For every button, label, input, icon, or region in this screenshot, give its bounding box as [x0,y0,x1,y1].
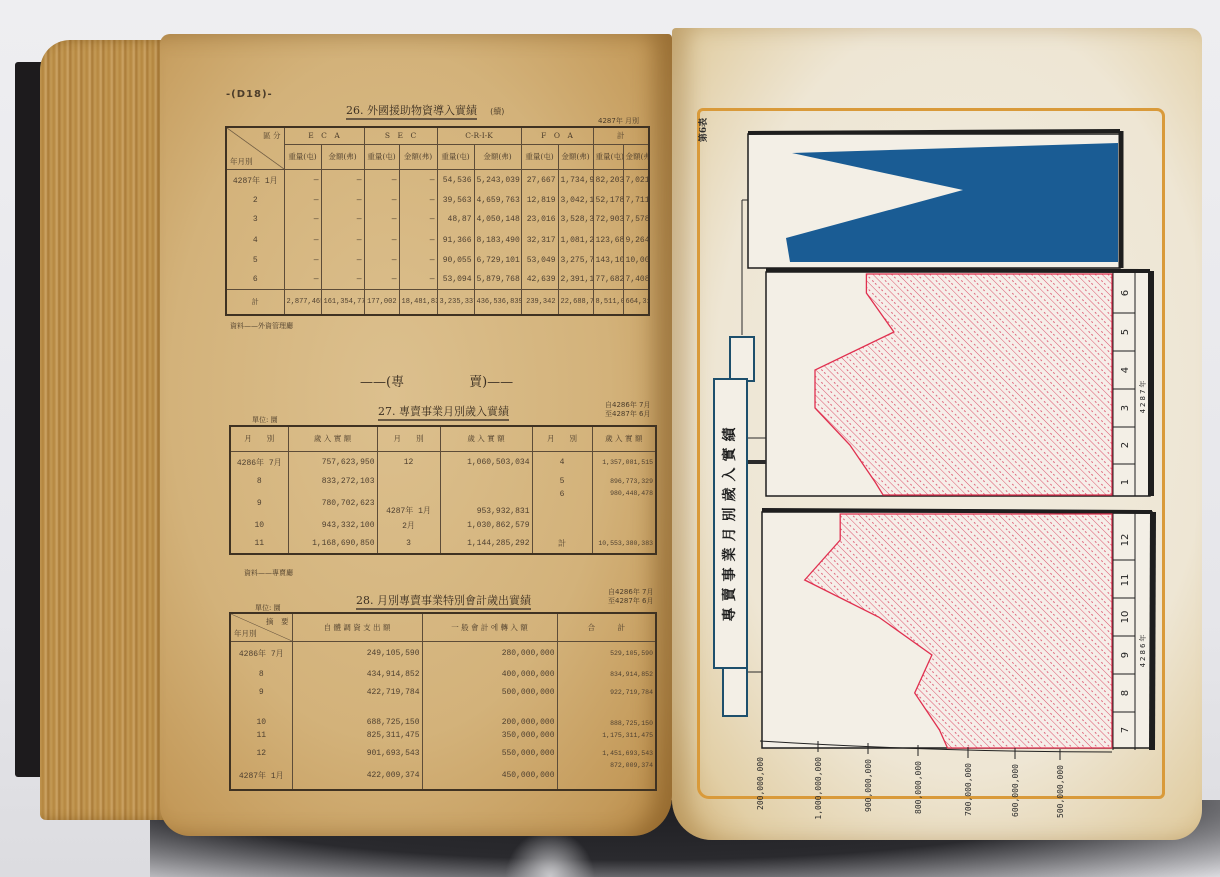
panel-4286: 7 8 9 10 11 12 4286年 [762,510,1153,750]
blue-panel [748,131,1121,268]
month-label: 6 [1120,290,1131,296]
axis-tick-label: 1,000,000,000 [814,757,823,820]
axis-tick-label: 600,000,000 [1011,764,1020,817]
month-label: 12 [1120,534,1131,547]
revenue-chart: 第6表 1 2 3 4 5 6 4287年 [0,0,1220,877]
year-label: 4287年 [1138,379,1147,414]
month-label: 10 [1120,611,1131,624]
banner-tab-bottom [722,665,748,717]
year-label: 4286年 [1138,633,1147,668]
chart-title: 專賣事業月別歲入實績 [713,376,744,667]
month-label: 5 [1120,329,1131,335]
axis-tick-label: 200,000,000 [756,757,765,810]
axis-tick-label: 800,000,000 [914,761,923,814]
panel-4287: 1 2 3 4 5 6 4287年 [766,270,1151,496]
month-label: 9 [1120,652,1131,658]
chart-table-number: 第6表 [697,118,709,142]
month-label: 7 [1120,727,1131,733]
value-axis: 200,000,000 1,000,000,000 900,000,000 80… [756,741,1112,820]
month-label: 8 [1120,690,1131,696]
axis-tick-label: 900,000,000 [864,759,873,812]
month-label: 3 [1120,405,1131,411]
month-label: 4 [1120,367,1131,373]
month-label: 11 [1120,574,1131,587]
month-label: 1 [1120,479,1131,485]
axis-tick-label: 700,000,000 [964,763,973,816]
month-label: 2 [1120,442,1131,448]
axis-tick-label: 500,000,000 [1056,765,1065,818]
